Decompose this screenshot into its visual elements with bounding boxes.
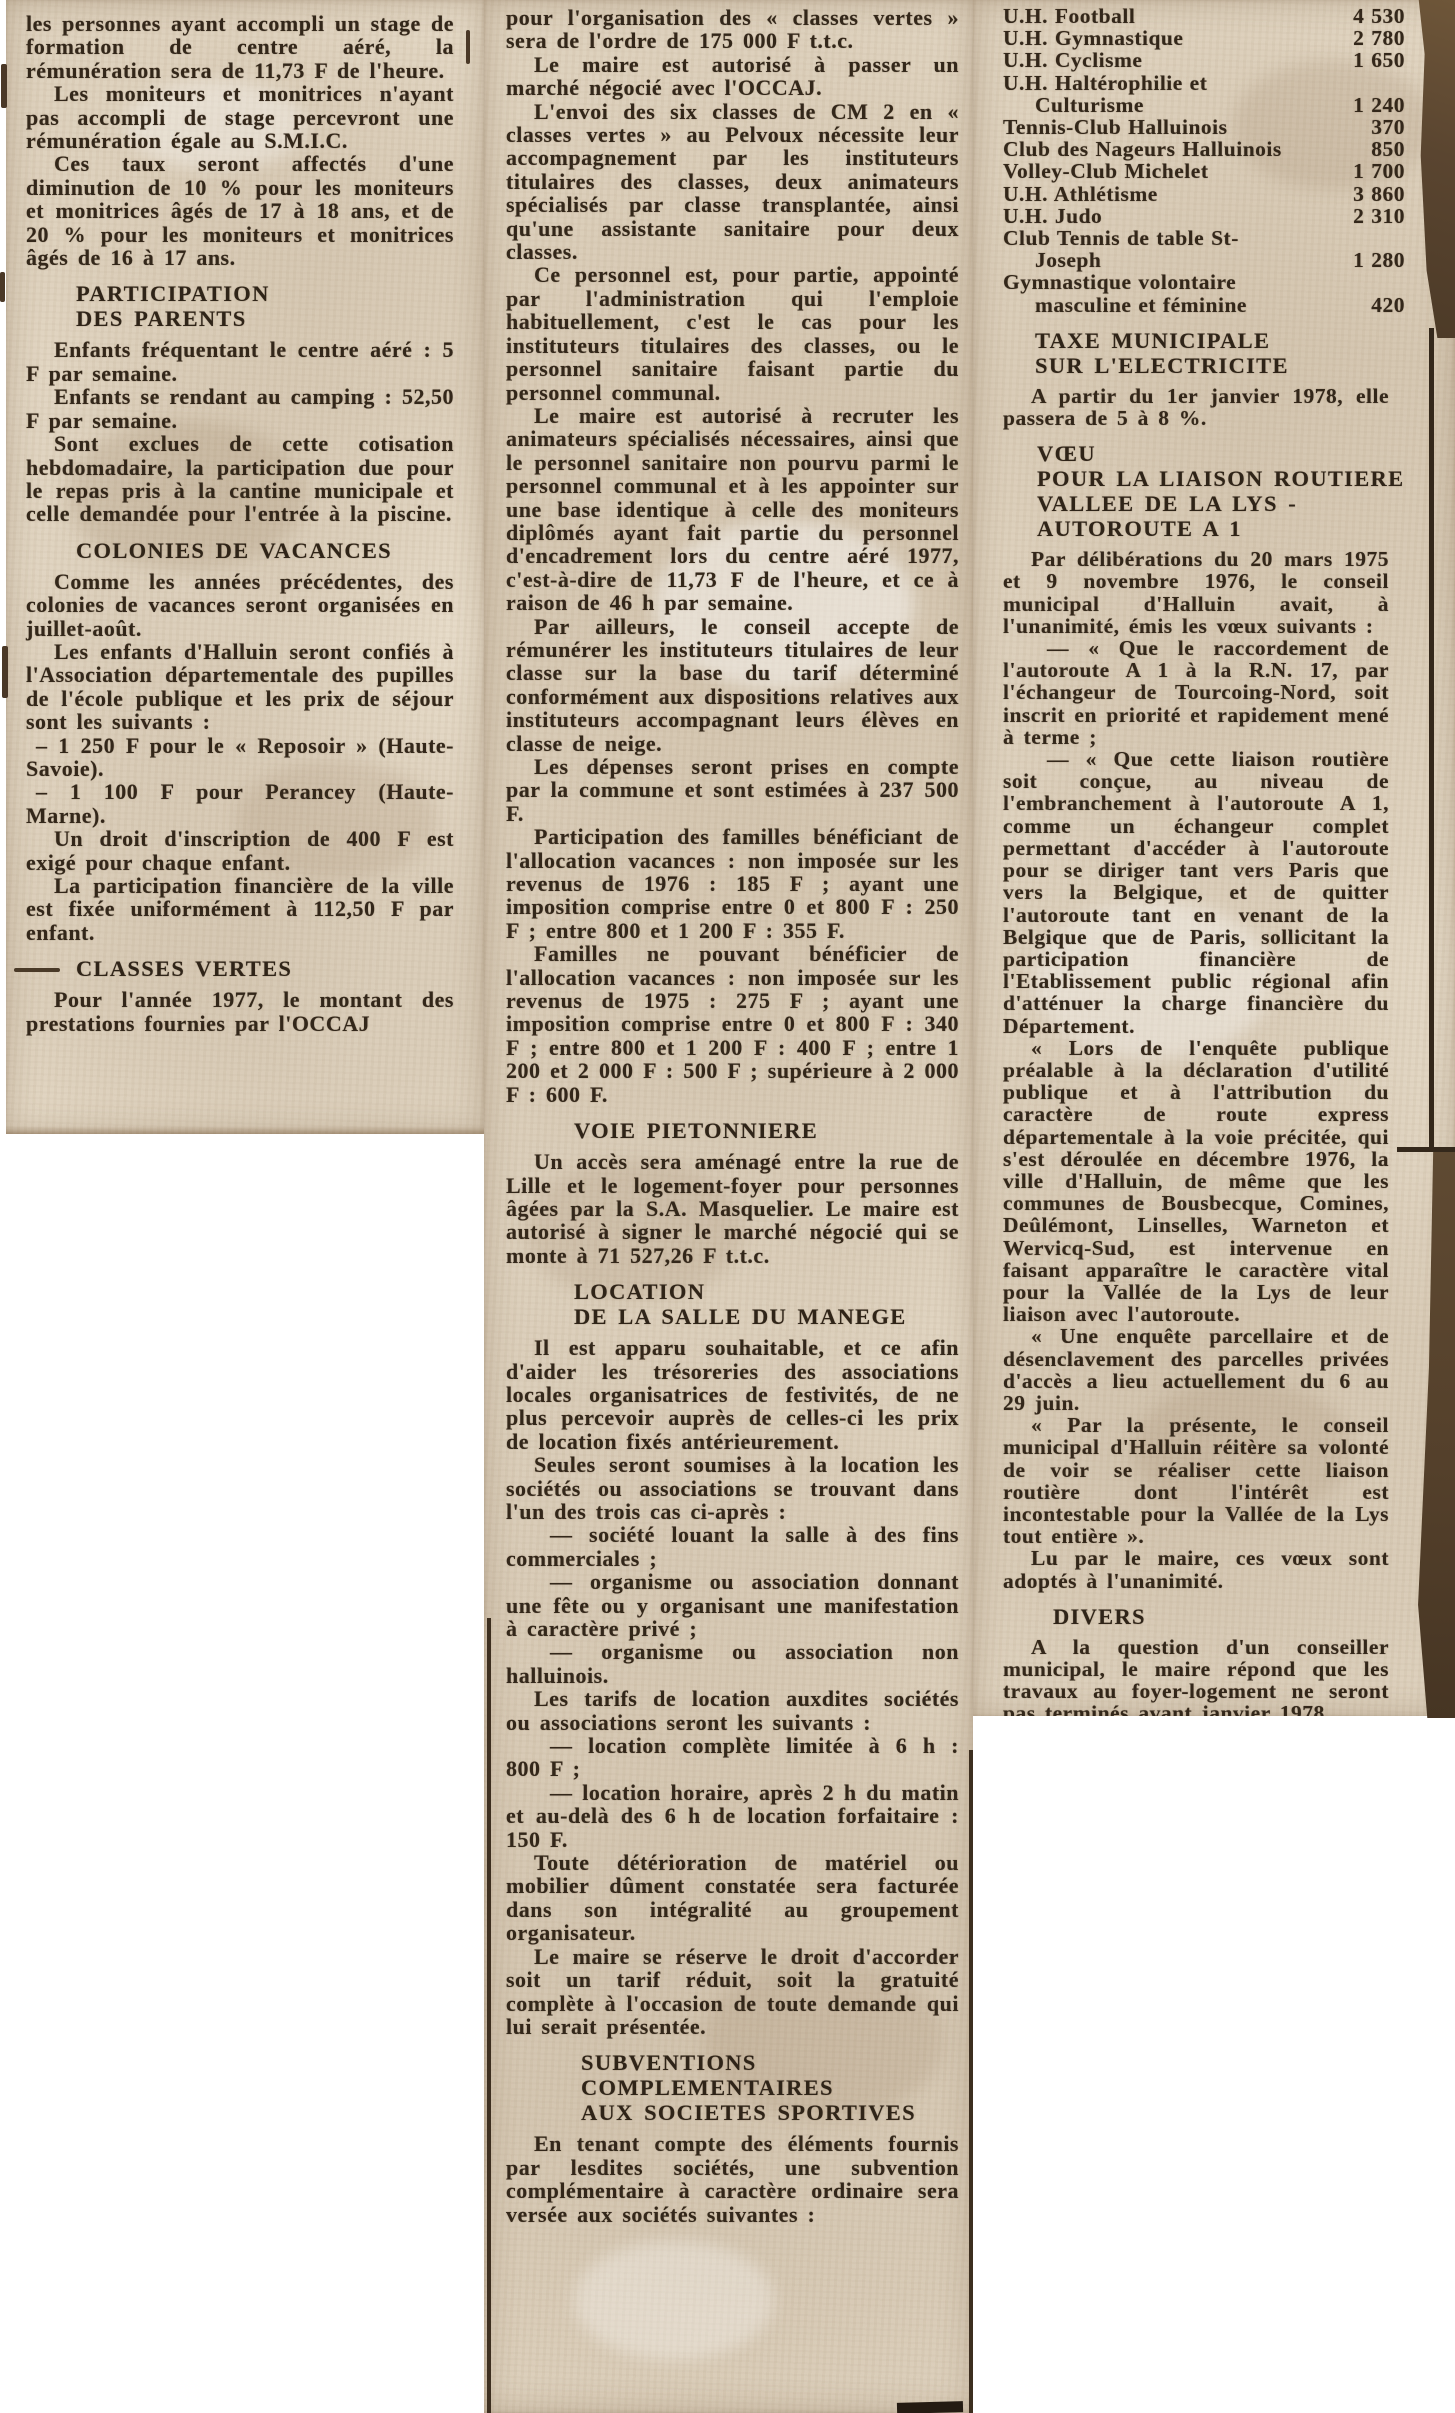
paragraph: Il est apparu souhaitable, et ce afin d'… xyxy=(506,1336,959,1453)
section-heading: LOCATIONDE LA SALLE DU MANEGE xyxy=(506,1279,959,1329)
paragraph: La participation financière de la ville … xyxy=(26,874,454,944)
subsidy-amount: 3 860 xyxy=(1353,183,1405,205)
subsidy-club-name: U.H. Cyclisme xyxy=(1003,49,1142,71)
subsidy-club-name: Culturisme xyxy=(1003,94,1144,116)
clipping-column-middle: pour l'organisation des « classes vertes… xyxy=(484,0,973,2413)
subsidy-row: Club des Nageurs Halluinois850 xyxy=(1003,138,1405,160)
paragraph: Les dépenses seront prises en compte par… xyxy=(506,755,959,825)
subsidy-club-name: U.H. Judo xyxy=(1003,205,1102,227)
subsidy-amount: 370 xyxy=(1371,116,1405,138)
heading-line: AUX SOCIETES SPORTIVES xyxy=(581,2100,959,2125)
paragraph: « Lors de l'enquête publique préalable à… xyxy=(1003,1037,1389,1326)
clipping-column-left: les personnes ayant accompli un stage de… xyxy=(6,0,484,1134)
heading-line: DES PARENTS xyxy=(76,306,454,331)
section-heading: COLONIES DE VACANCES xyxy=(26,538,454,563)
section-heading: PARTICIPATIONDES PARENTS xyxy=(26,281,454,331)
paragraph: Par délibérations du 20 mars 1975 et 9 n… xyxy=(1003,548,1389,637)
subsidy-amount: 850 xyxy=(1371,138,1405,160)
paragraph: — organisme ou association donnant une f… xyxy=(506,1570,959,1640)
paragraph: « Par la présente, le conseil municipal … xyxy=(1003,1414,1389,1547)
article-column-text: U.H. Football4 530U.H. Gymnastique2 780U… xyxy=(1003,5,1389,1716)
paragraph: L'envoi des six classes de CM 2 en « cla… xyxy=(506,100,959,264)
paragraph: pour l'organisation des « classes vertes… xyxy=(506,6,959,53)
subsidy-club-name: Volley-Club Michelet xyxy=(1003,160,1208,182)
paragraph: A la question d'un conseiller municipal,… xyxy=(1003,1636,1389,1716)
section-heading: VŒUPOUR LA LIAISON ROUTIEREVALLEE DE LA … xyxy=(1003,441,1389,541)
subsidy-row: U.H. Cyclisme1 650 xyxy=(1003,49,1405,71)
heading-line: PARTICIPATION xyxy=(76,281,454,306)
subsidy-row: U.H. Judo2 310 xyxy=(1003,205,1405,227)
subsidy-row: Volley-Club Michelet1 700 xyxy=(1003,160,1405,182)
paper-stain xyxy=(574,2240,774,2360)
heading-line: DE LA SALLE DU MANEGE xyxy=(574,1304,959,1329)
subsidy-row: masculine et féminine420 xyxy=(1003,294,1405,316)
subsidy-club-name: Joseph xyxy=(1003,249,1101,271)
subsidy-row: U.H. Athlétisme3 860 xyxy=(1003,183,1405,205)
heading-line: SUR L'ELECTRICITE xyxy=(1035,353,1389,378)
paragraph: — location horaire, après 2 h du matin e… xyxy=(506,1781,959,1851)
subsidy-amount: 1 240 xyxy=(1353,94,1405,116)
subsidy-club-name: U.H. Football xyxy=(1003,5,1135,27)
paragraph: Les enfants d'Halluin seront confiés à l… xyxy=(26,640,454,734)
subsidy-club-name: U.H. Haltérophilie et xyxy=(1003,72,1207,94)
heading-line: COLONIES DE VACANCES xyxy=(76,538,454,563)
paragraph: — « Que le raccordement de l'autoroute A… xyxy=(1003,637,1389,748)
subsidy-row: Gymnastique volontaire xyxy=(1003,271,1405,293)
scanned-newspaper-page: les personnes ayant accompli un stage de… xyxy=(0,0,1455,2413)
paragraph: – 1 100 F pour Perancey (Haute-Marne). xyxy=(26,780,454,827)
paragraph: Lu par le maire, ces vœux sont adoptés à… xyxy=(1003,1547,1389,1591)
paragraph: les personnes ayant accompli un stage de… xyxy=(26,12,454,82)
paragraph: — société louant la salle à des fins com… xyxy=(506,1523,959,1570)
paragraph: Sont exclues de cette cotisation hebdoma… xyxy=(26,432,454,526)
subsidy-row: U.H. Gymnastique2 780 xyxy=(1003,27,1405,49)
subsidy-club-name: Gymnastique volontaire xyxy=(1003,271,1236,293)
paragraph: Ce personnel est, pour partie, appointé … xyxy=(506,263,959,403)
ink-speck xyxy=(0,272,5,302)
paragraph: — location complète limitée à 6 h : 800 … xyxy=(506,1734,959,1781)
subsidy-club-name: U.H. Athlétisme xyxy=(1003,183,1158,205)
heading-line: VALLEE DE LA LYS - xyxy=(1037,491,1389,516)
heading-line: LOCATION xyxy=(574,1279,959,1304)
paragraph: Seules seront soumises à la location les… xyxy=(506,1453,959,1523)
paragraph: Le maire se réserve le droit d'accorder … xyxy=(506,1945,959,2039)
subsidy-row: Culturisme1 240 xyxy=(1003,94,1405,116)
paragraph: Le maire est autorisé à passer un marché… xyxy=(506,53,959,100)
section-heading: VOIE PIETONNIERE xyxy=(506,1118,959,1143)
heading-line: TAXE MUNICIPALE xyxy=(1035,328,1389,353)
heading-line: COMPLEMENTAIRES xyxy=(581,2075,959,2100)
subsidy-amount: 2 310 xyxy=(1353,205,1405,227)
paragraph: Les tarifs de location auxdites sociétés… xyxy=(506,1687,959,1734)
paragraph: Un accès sera aménagé entre la rue de Li… xyxy=(506,1150,959,1267)
paragraph: En tenant compte des éléments fournis pa… xyxy=(506,2132,959,2226)
subsidy-club-name: Tennis-Club Halluinois xyxy=(1003,116,1228,138)
subsidy-amount: 4 530 xyxy=(1353,5,1405,27)
heading-line: VOIE PIETONNIERE xyxy=(574,1118,959,1143)
subsidy-amount: 1 650 xyxy=(1353,49,1405,71)
paragraph: Familles ne pouvant bénéficier de l'allo… xyxy=(506,942,959,1106)
section-heading: TAXE MUNICIPALESUR L'ELECTRICITE xyxy=(1003,328,1389,378)
section-heading: SUBVENTIONSCOMPLEMENTAIRESAUX SOCIETES S… xyxy=(506,2050,959,2125)
paragraph: A partir du 1er janvier 1978, elle passe… xyxy=(1003,385,1389,429)
subsidy-row: Joseph1 280 xyxy=(1003,249,1405,271)
heading-line: CLASSES VERTES xyxy=(76,956,454,981)
subsidy-club-name: masculine et féminine xyxy=(1003,294,1247,316)
heading-line: POUR LA LIAISON ROUTIERE xyxy=(1037,466,1389,491)
subsidy-row: Club Tennis de table St- xyxy=(1003,227,1405,249)
heading-line: DIVERS xyxy=(1053,1604,1389,1629)
paragraph: — « Que cette liaison routière soit conç… xyxy=(1003,748,1389,1037)
paragraph: Les moniteurs et monitrices n'ayant pas … xyxy=(26,82,454,152)
paragraph: — organisme ou association non halluinoi… xyxy=(506,1640,959,1687)
paragraph: Enfants fréquentant le centre aéré : 5 F… xyxy=(26,338,454,385)
subsidy-row: Tennis-Club Halluinois370 xyxy=(1003,116,1405,138)
subsidy-row: U.H. Haltérophilie et xyxy=(1003,72,1405,94)
section-heading: DIVERS xyxy=(1003,1604,1389,1629)
paragraph: Participation des familles bénéficiant d… xyxy=(506,825,959,942)
heading-line: SUBVENTIONS xyxy=(581,2050,959,2075)
paragraph: Un droit d'inscription de 400 F est exig… xyxy=(26,827,454,874)
subsidy-amount: 420 xyxy=(1371,294,1405,316)
paragraph: Par ailleurs, le conseil accepte de rému… xyxy=(506,615,959,755)
subsidy-amount: 1 700 xyxy=(1353,160,1405,182)
paragraph: « Une enquête parcellaire et de désencla… xyxy=(1003,1325,1389,1414)
paragraph: Le maire est autorisé à recruter les ani… xyxy=(506,404,959,615)
subsidy-club-name: U.H. Gymnastique xyxy=(1003,27,1183,49)
paragraph: – 1 250 F pour le « Reposoir » (Haute-Sa… xyxy=(26,734,454,781)
subsidy-club-name: Club Tennis de table St- xyxy=(1003,227,1239,249)
heading-line: AUTOROUTE A 1 xyxy=(1037,516,1389,541)
paragraph: Toute détérioration de matériel ou mobil… xyxy=(506,1851,959,1945)
subsidy-club-name: Club des Nageurs Halluinois xyxy=(1003,138,1282,160)
subsidy-amount: 1 280 xyxy=(1353,249,1405,271)
heading-line: VŒU xyxy=(1037,441,1389,466)
article-column-text: les personnes ayant accompli un stage de… xyxy=(26,12,454,1035)
clipping-column-right: U.H. Football4 530U.H. Gymnastique2 780U… xyxy=(973,0,1455,1716)
subsidies-table: U.H. Football4 530U.H. Gymnastique2 780U… xyxy=(1003,5,1405,316)
article-column-text: pour l'organisation des « classes vertes… xyxy=(506,6,959,2226)
subsidy-row: U.H. Football4 530 xyxy=(1003,5,1405,27)
paragraph: Ces taux seront affectés d'une diminutio… xyxy=(26,152,454,269)
subsidy-amount: 2 780 xyxy=(1353,27,1405,49)
paragraph: Enfants se rendant au camping : 52,50 F … xyxy=(26,385,454,432)
paragraph: Pour l'année 1977, le montant des presta… xyxy=(26,988,454,1035)
paragraph: Comme les années précédentes, des coloni… xyxy=(26,570,454,640)
section-heading: CLASSES VERTES xyxy=(26,956,454,981)
